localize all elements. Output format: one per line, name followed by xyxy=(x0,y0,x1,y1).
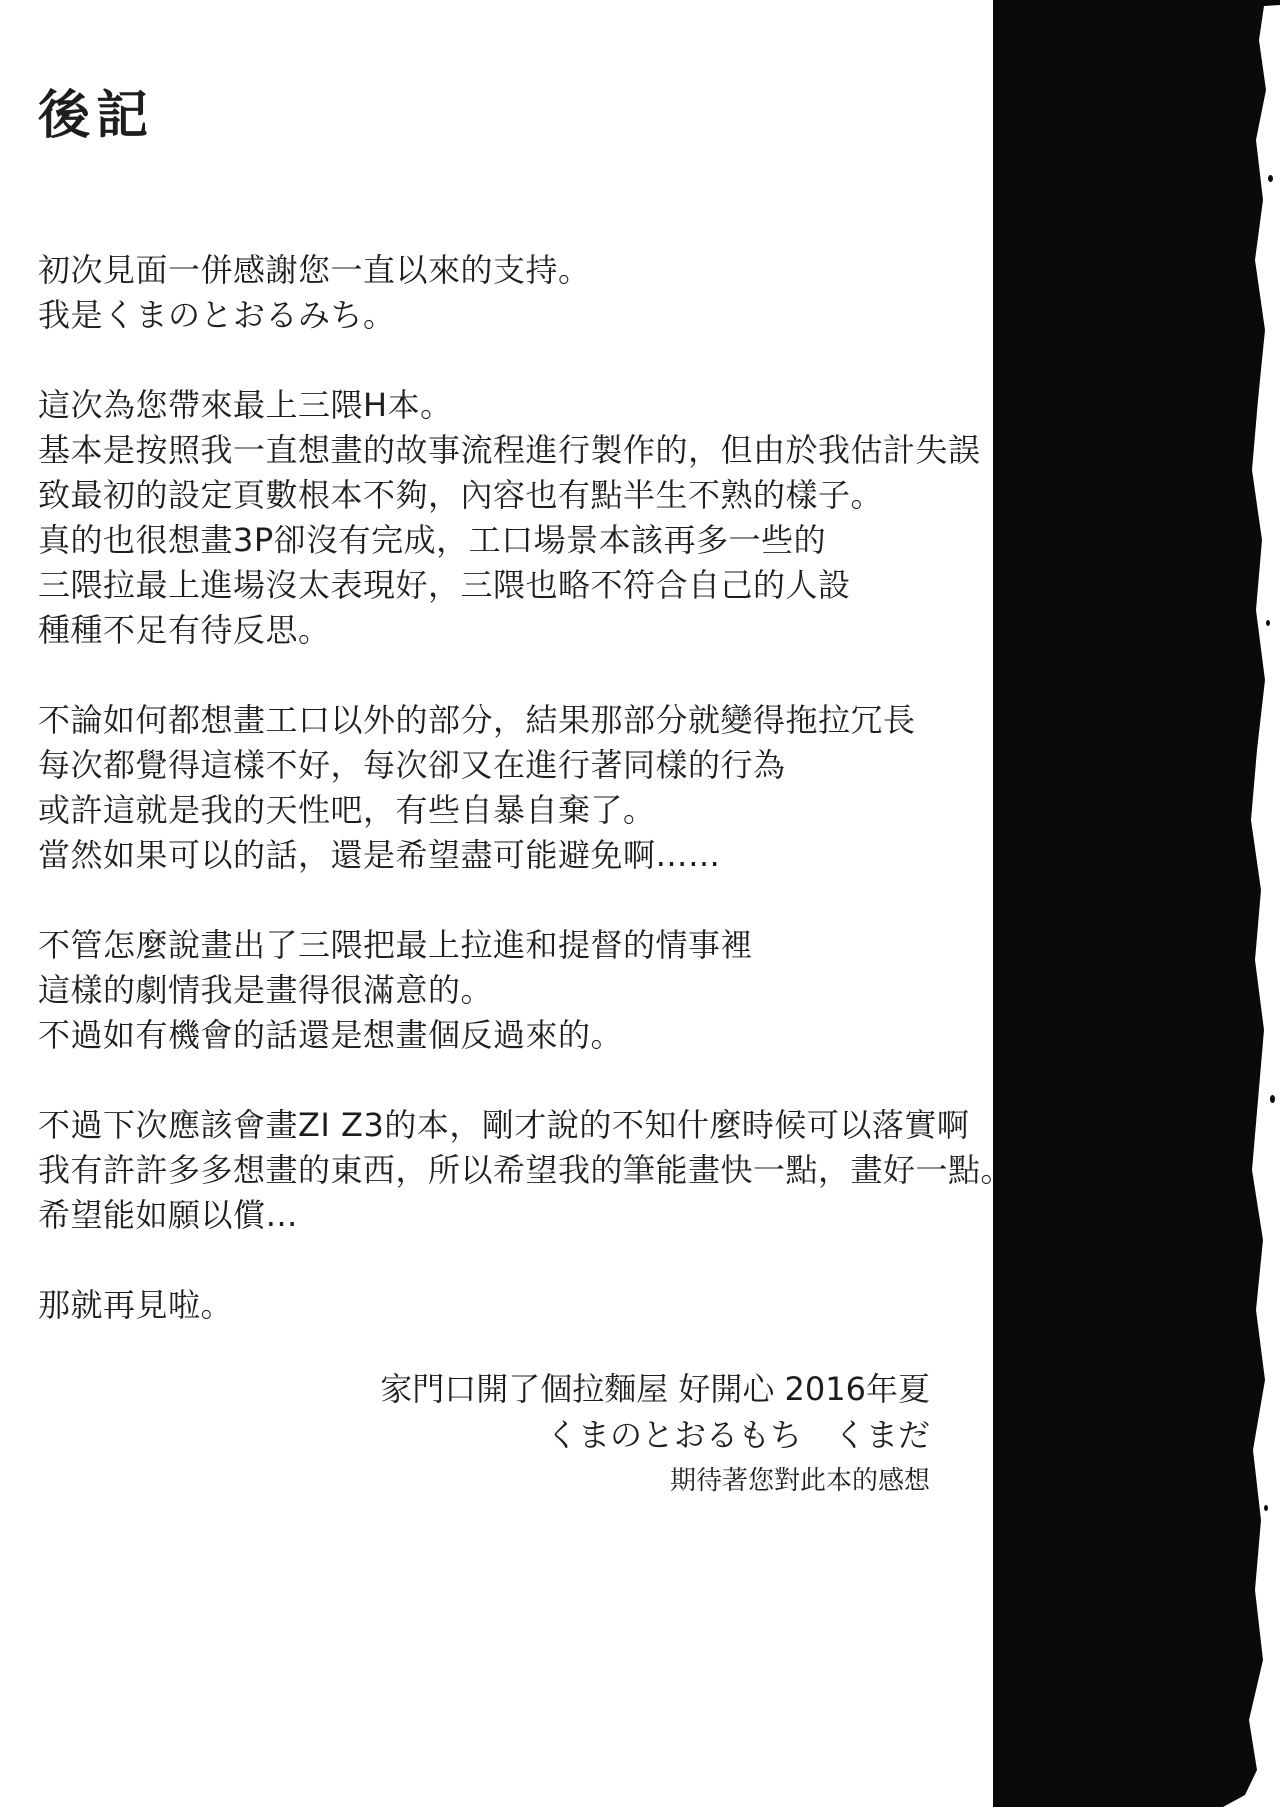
text-line: 當然如果可以的話，還是希望盡可能避免啊…… xyxy=(38,833,988,878)
text-line: 不過下次應該會畫ZI Z3的本，剛才說的不知什麼時候可以落實啊 xyxy=(38,1103,988,1148)
signature-note: 家門口開了個拉麵屋 好開心 2016年夏 xyxy=(380,1366,930,1412)
text-line: 致最初的設定頁數根本不夠，內容也有點半生不熟的樣子。 xyxy=(38,473,988,518)
paragraph-next-plans: 不過下次應該會畫ZI Z3的本，剛才說的不知什麼時候可以落實啊 我有許許多多想畫… xyxy=(38,1103,988,1238)
text-line: 那就再見啦。 xyxy=(38,1283,988,1328)
paper-speck xyxy=(1264,1505,1268,1511)
text-line: 真的也很想畫3P卻沒有完成，工口場景本該再多一些的 xyxy=(38,518,988,563)
text-line: 不過如有機會的話還是想畫個反過來的。 xyxy=(38,1013,988,1058)
text-line: 種種不足有待反思。 xyxy=(38,608,988,653)
afterword-body: 初次見面一併感謝您一直以來的支持。 我是くまのとおるみち。 這次為您帶來最上三隈… xyxy=(38,248,988,1328)
paragraph-satisfaction: 不管怎麼說畫出了三隈把最上拉進和提督的情事裡 這樣的劇情我是畫得很滿意的。 不過… xyxy=(38,923,988,1058)
page-title: 後記 xyxy=(38,88,154,145)
paragraph-farewell: 那就再見啦。 xyxy=(38,1283,988,1328)
paragraph-book-intro: 這次為您帶來最上三隈H本。 基本是按照我一直想畫的故事流程進行製作的，但由於我估… xyxy=(38,383,988,653)
text-line: 這次為您帶來最上三隈H本。 xyxy=(38,383,988,428)
paper-speck xyxy=(1270,1095,1275,1103)
text-line: 我是くまのとおるみち。 xyxy=(38,293,988,338)
paragraph-reflection: 不論如何都想畫工口以外的部分，結果那部分就變得拖拉冗長 每次都覺得這樣不好，每次… xyxy=(38,698,988,878)
signature-request: 期待著您對此本的感想 xyxy=(380,1464,930,1498)
text-line: 三隈拉最上進場沒太表現好，三隈也略不符合自己的人設 xyxy=(38,563,988,608)
text-line: 這樣的劇情我是畫得很滿意的。 xyxy=(38,968,988,1013)
text-line: 或許這就是我的天性吧，有些自暴自棄了。 xyxy=(38,788,988,833)
text-line: 我有許許多多想畫的東西，所以希望我的筆能畫快一點，畫好一點。 xyxy=(38,1148,988,1193)
signature-author: くまのとおるもち くまだ xyxy=(380,1412,930,1458)
text-line: 初次見面一併感謝您一直以來的支持。 xyxy=(38,248,988,293)
scan-gutter-bar xyxy=(993,0,1280,1807)
text-line: 不論如何都想畫工口以外的部分，結果那部分就變得拖拉冗長 xyxy=(38,698,988,743)
paper-speck xyxy=(1266,620,1270,626)
scan-page: 後記 初次見面一併感謝您一直以來的支持。 我是くまのとおるみち。 這次為您帶來最… xyxy=(0,0,1280,1807)
text-line: 基本是按照我一直想畫的故事流程進行製作的，但由於我估計失誤 xyxy=(38,428,988,473)
text-line: 希望能如願以償… xyxy=(38,1193,988,1238)
text-line: 不管怎麼說畫出了三隈把最上拉進和提督的情事裡 xyxy=(38,923,988,968)
signature-block: 家門口開了個拉麵屋 好開心 2016年夏 くまのとおるもち くまだ 期待著您對此… xyxy=(380,1366,930,1498)
text-line: 每次都覺得這樣不好，每次卻又在進行著同樣的行為 xyxy=(38,743,988,788)
paper-speck xyxy=(1268,175,1273,182)
paragraph-greeting: 初次見面一併感謝您一直以來的支持。 我是くまのとおるみち。 xyxy=(38,248,988,338)
